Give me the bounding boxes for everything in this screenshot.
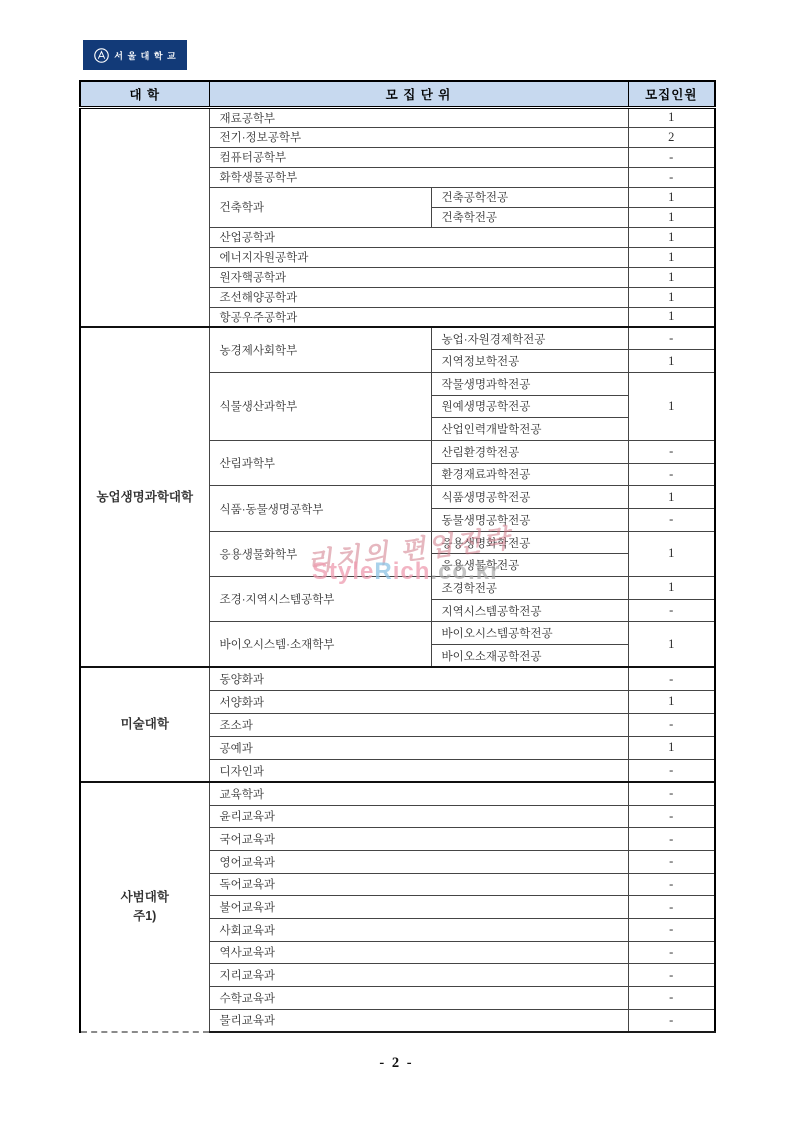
page-number: - 2 - [0,1055,793,1072]
unit-cell: 동양화과 [209,667,628,690]
unit-cell: 사회교육과 [209,918,628,941]
unit-cell: 산업공학과 [209,227,628,247]
count-cell: - [628,327,715,350]
count-cell: - [628,873,715,896]
count-cell: 1 [628,622,715,667]
unit-group-cell: 조경·지역시스템공학부 [209,577,431,622]
unit-cell: 재료공학부 [209,107,628,127]
unit-cell: 교육학과 [209,782,628,805]
major-cell: 바이오시스템공학전공 [431,622,628,645]
count-cell: - [628,918,715,941]
university-name: 서 울 대 학 교 [114,49,176,62]
college-name: 농업생명과학대학 [82,488,208,507]
count-cell: 1 [628,287,715,307]
unit-group-cell: 농경제사회학부 [209,327,431,372]
col-header-college: 대 학 [80,81,209,107]
major-cell: 농업·자원경제학전공 [431,327,628,350]
unit-group-cell: 식품·동물생명공학부 [209,486,431,531]
university-banner: 서 울 대 학 교 [83,40,187,70]
major-cell: 환경재료과학전공 [431,463,628,486]
college-cell: 미술대학 [80,667,209,782]
unit-group-cell: 응용생물화학부 [209,531,431,576]
count-cell: 1 [628,350,715,373]
college-cell: 사범대학주1) [80,782,209,1032]
count-cell: - [628,805,715,828]
college-cell: 농업생명과학대학 [80,327,209,667]
count-cell: - [628,1009,715,1032]
count-cell: - [628,509,715,532]
unit-cell: 전기·정보공학부 [209,127,628,147]
count-cell: 1 [628,207,715,227]
count-cell: 1 [628,577,715,600]
count-cell: 1 [628,247,715,267]
unit-cell: 원자핵공학과 [209,267,628,287]
table-row: 농업생명과학대학농경제사회학부농업·자원경제학전공- [80,327,715,350]
count-cell: - [628,759,715,782]
major-cell: 산림환경학전공 [431,440,628,463]
count-cell: - [628,782,715,805]
unit-cell: 조소과 [209,713,628,736]
unit-cell: 영어교육과 [209,850,628,873]
count-cell: - [628,147,715,167]
major-cell: 응용생물학전공 [431,554,628,577]
unit-cell: 디자인과 [209,759,628,782]
count-cell: - [628,713,715,736]
count-cell: - [628,667,715,690]
table-row: 재료공학부1 [80,107,715,127]
count-cell: 1 [628,267,715,287]
major-cell: 지역정보학전공 [431,350,628,373]
unit-cell: 조선해양공학과 [209,287,628,307]
college-cell [80,107,209,327]
unit-cell: 역사교육과 [209,941,628,964]
major-cell: 조경학전공 [431,577,628,600]
count-cell: - [628,463,715,486]
count-cell: 1 [628,531,715,576]
unit-group-cell: 바이오시스템·소재학부 [209,622,431,667]
unit-cell: 서양화과 [209,690,628,713]
major-cell: 원예생명공학전공 [431,395,628,418]
unit-cell: 독어교육과 [209,873,628,896]
unit-cell: 에너지자원공학과 [209,247,628,267]
table-row: 미술대학동양화과- [80,667,715,690]
unit-cell: 항공우주공학과 [209,307,628,327]
major-cell: 작물생명과학전공 [431,372,628,395]
count-cell: - [628,896,715,919]
college-name: 미술대학 [82,715,208,734]
unit-cell: 지리교육과 [209,964,628,987]
count-cell: - [628,440,715,463]
count-cell: - [628,828,715,851]
unit-group-cell: 식물생산과학부 [209,372,431,440]
unit-cell: 공예과 [209,736,628,759]
count-cell: 1 [628,372,715,440]
major-cell: 건축공학전공 [431,187,628,207]
count-cell: - [628,964,715,987]
unit-cell: 컴퓨터공학부 [209,147,628,167]
count-cell: - [628,987,715,1010]
col-header-unit: 모 집 단 위 [209,81,628,107]
count-cell: 1 [628,690,715,713]
count-cell: 1 [628,227,715,247]
count-cell: 1 [628,187,715,207]
count-cell: - [628,850,715,873]
count-cell: 1 [628,486,715,509]
count-cell: - [628,167,715,187]
university-logo-icon [93,47,110,64]
unit-cell: 국어교육과 [209,828,628,851]
unit-cell: 윤리교육과 [209,805,628,828]
table-header-row: 대 학 모 집 단 위 모집인원 [80,81,715,107]
major-cell: 동물생명공학전공 [431,509,628,532]
unit-group-cell: 건축학과 [209,187,431,227]
unit-group-cell: 산림과학부 [209,440,431,485]
college-note: 주1) [82,907,208,926]
count-cell: 1 [628,107,715,127]
major-cell: 바이오소재공학전공 [431,645,628,668]
major-cell: 식품생명공학전공 [431,486,628,509]
count-cell: 1 [628,736,715,759]
major-cell: 지역시스템공학전공 [431,599,628,622]
unit-cell: 물리교육과 [209,1009,628,1032]
document-page: 서 울 대 학 교 대 학 모 집 단 위 모집인원 재료공학부1전기·정보공학… [0,0,793,1121]
admission-table: 대 학 모 집 단 위 모집인원 재료공학부1전기·정보공학부2컴퓨터공학부-화… [79,80,716,1033]
college-name: 사범대학 [82,888,208,907]
count-cell: - [628,599,715,622]
unit-cell: 불어교육과 [209,896,628,919]
major-cell: 건축학전공 [431,207,628,227]
unit-cell: 수학교육과 [209,987,628,1010]
count-cell: 2 [628,127,715,147]
count-cell: 1 [628,307,715,327]
table-row: 사범대학주1)교육학과- [80,782,715,805]
unit-cell: 화학생물공학부 [209,167,628,187]
count-cell: - [628,941,715,964]
major-cell: 산업인력개발학전공 [431,418,628,441]
col-header-count: 모집인원 [628,81,715,107]
major-cell: 응용생명화학전공 [431,531,628,554]
